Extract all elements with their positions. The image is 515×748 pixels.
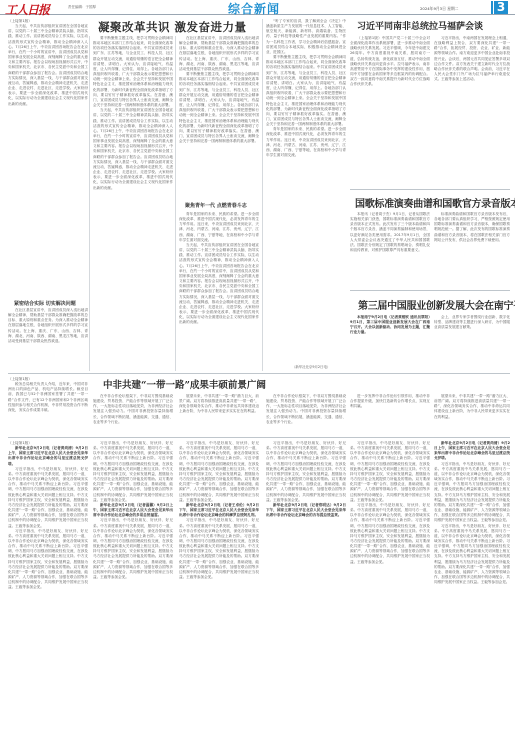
reform-body-2b: 当天起，中共宣传部组织宣讲团在全国各地宣讲，以党的二十届三中全会精神武装头脑、指… [93,108,173,191]
xi-intro-body-3: 青年是国家的未来、民族的希望。进一步全面深化改革、推进中国式现代化，必须发挥青年… [266,127,346,158]
headline-national-anthem: 国歌标准演奏曲谱和国歌官方录音版本发布 [355,195,515,210]
xi-intro-body: “听了专家的宣讲，我了解到全会《决定》中涵盖新质生产力发展的一代信息技术、人工智… [266,19,346,55]
china-africa-body-2: 在中非合作论坛框架下，中非双方围绕基础设施建设、贸易投资、产能合作等领域开展了广… [93,394,173,425]
anthem-column-1: 本报讯（记者周子杰）9月1日，记者从国歌法实施相关部门获悉，国歌标准演奏曲谱和国… [350,212,430,286]
section-title: 综合新闻 [228,0,280,17]
headline-reform: 凝聚改革共识 激发奋进力量 [98,19,247,35]
news-credit: （新华社北京9月2日电） [292,364,330,369]
reform-body-3c: 当天起，中共宣传部组织宣讲团在全国各地宣讲，以党的二十届三中全会精神武装头脑、指… [179,243,259,326]
reform-body-3-extra: 要不断聚焦主题主线，把学习贯彻全会精神同推动本地区本部门工作结合起来，同全面深化… [179,72,259,144]
dateline-3: 新华社北京9月2日电（记者王卓伦）9月2日下午，国家主席习近平在北京人民大会堂会… [179,503,259,518]
reform-column-2: 要不断聚焦主题主线，把学习贯彻全会精神同推动本地区本部门工作结合起来，同全面深化… [93,36,173,371]
reform-column-3b: 青年是国家的未来、民族的希望。进一步全面深化改革、推进中国式现代化，必须发挥青年… [179,212,259,372]
xi-body-1: （上接第1版）中国共产党二十届三中全会对全面深化改革作出系统部署，进一步推动中南… [350,36,430,88]
dateline-4: 新华社北京9月2日电（记者郑明达）9月2日下午，国家主席习近平在北京人民大会堂会… [266,503,346,518]
anthem-body-2: 标准演奏曲谱和国歌官方录音版本发布后，各地各部门要认真组织学习，严格按照规定使用… [434,212,510,243]
meetings-column-5: 习近平指出，中马是好朋友、好伙伴、好兄弟。中方高度重视中马关系发展，愿同马方一道… [350,441,430,741]
reform-body-1b: 在社区基层宣讲中，宣讲团成员深入浅出地讲解全会精神，帮助基层干部群众准确把握改革… [8,308,88,344]
headline-fashion-conference: 第三届中国服业创新发展大会在南宁召开 [358,297,515,312]
reform-body-3: 在社区基层宣讲中，宣讲团成员深入浅出地讲解全会精神，帮助基层干部群众准确把握改革… [179,36,259,72]
meetings-column-1: （上接第1版） 新华社北京9月2日电（记者黄尚清）9月2日上午，国家主席习近平在… [8,441,88,741]
editor-credit: 责任编辑：于国厚 [68,5,96,10]
china-africa-body-6: 展望未来，中非共建“一带一路”潜力巨大、前景广阔。双方将持续推进高质量共建“一带… [434,394,510,420]
meetings-body-6b: 习近平指出，中马是好朋友、好伙伴、好兄弟。中方高度重视中马关系发展，愿同马方一道… [434,524,510,586]
section-rule [8,373,510,374]
china-africa-body-4: 在中非合作论坛框架下，中非双方围绕基础设施建设、贸易投资、产能合作等领域开展了广… [266,394,346,425]
fashion-body-1: 本报南宁9月2日电（记者黄榕钦 通讯员覃阳）9月1日，第三届中国服业创新发展大会… [350,315,430,336]
subhead-youth: 聚焦青年一代 点燃青春斗志 [185,202,247,209]
china-africa-column-1: （上接第1版） 税务总局相关负责人介绍，近年来，中国对非洲出口的绿色产品、机电产… [8,377,88,429]
meetings-body-3: 习近平指出，中马是好朋友、好伙伴、好兄弟。中方高度重视中马关系发展，愿同马方一道… [179,441,259,503]
meetings-body-5: 习近平指出，中马是好朋友、好伙伴、好兄弟。中方高度重视中马关系发展，愿同马方一道… [350,441,430,503]
dateline-1: 新华社北京9月2日电（记者黄尚清）9月2日上午，国家主席习近平在北京人民大会堂会… [8,446,88,467]
masthead: 工人日报 责任编辑：于国厚 综合新闻 2024年9月3日 星期二 3 [0,0,515,15]
issue-date: 2024年9月3日 星期二 [420,6,458,12]
reform-body-2: 要不断聚焦主题主线，把学习贯彻全会精神同推动本地区本部门工作结合起来，同全面深化… [93,36,173,108]
subhead-practice: 紧密结合实际 切实解决问题 [14,300,76,307]
meetings-column-4: 习近平指出，中马是好朋友、好伙伴、好兄弟。中方高度重视中马关系发展，愿同马方一道… [266,441,346,741]
anthem-body-1: 本报讯（记者周子杰）9月1日，记者从国歌法实施相关部门获悉，国歌标准演奏曲谱和国… [350,212,430,253]
xi-intro-column: “听了专家的宣讲，我了解到全会《决定》中涵盖新质生产力发展的一代信息技术、人工智… [266,19,346,371]
fashion-body-2: 会上，业界专家学者围绕行业创新、数字化转型、品牌建设等主题进行深入研讨，为中国服… [434,315,510,330]
meetings-body-3b: 习近平指出，中马是好朋友、好伙伴、好兄弟。中方高度重视中马关系发展，愿同马方一道… [179,518,259,580]
meetings-column-6: 新华社北京9月2日电（记者黄尚清）9月2日上午，国家主席习近平在北京人民大会堂会… [434,441,510,741]
xi-intro-body-2: 要不断聚焦主题主线，把学习贯彻全会精神同推动本地区本部门工作结合起来，同全面深化… [266,55,346,127]
page-number-badge: 3 [494,1,508,14]
headline-china-africa-belt-road: 中非共建“一带一路”成果丰硕前景广阔 [103,377,266,391]
reform-body-1: 当天起，中共宣传部组织宣讲团在全国各地宣讲，以党的二十届三中全会精神武装头脑、指… [8,24,88,107]
meetings-column-3: 习近平指出，中马是好朋友、好伙伴、好兄弟。中方高度重视中马关系发展，愿同马方一道… [179,441,259,741]
reform-column-1b: 在社区基层宣讲中，宣讲团成员深入浅出地讲解全会精神，帮助基层干部群众准确把握改革… [8,308,88,370]
china-africa-column-3: 展望未来，中非共建“一带一路”潜力巨大、前景广阔。双方将持续推进高质量共建“一带… [179,394,259,430]
dateline-5: 新华社北京9月2日电（记者黄尚清）9月2日上午，国家主席习近平在北京人民大会堂会… [434,441,510,462]
meetings-body-1: 习近平指出，中马是好朋友、好伙伴、好兄弟。中方高度重视中马关系发展，愿同马方一道… [8,467,88,529]
meetings-body-2: 习近平指出，中马是好朋友、好伙伴、好兄弟。中方高度重视中马关系发展，愿同马方一道… [93,441,173,503]
headline-xi-ramaphosa: 习近平同南非总统拉马福萨会谈 [357,19,483,32]
meetings-body-5b: 习近平指出，中马是好朋友、好伙伴、好兄弟。中方高度重视中马关系发展，愿同马方一道… [350,503,430,565]
section-rule [8,437,510,438]
meetings-body-6: 习近平指出，中马是好朋友、好伙伴、好兄弟。中方高度重视中马关系发展，愿同马方一道… [434,462,510,524]
column-divider [175,36,176,371]
fashion-column-2: 会上，业界专家学者围绕行业创新、数字化转型、品牌建设等主题进行深入研讨，为中国服… [434,315,510,371]
china-africa-body-3: 展望未来，中非共建“一带一路”潜力巨大、前景广阔。双方将持续推进高质量共建“一带… [179,394,259,415]
column-divider [89,36,90,371]
reform-column-3: 在社区基层宣讲中，宣讲团成员深入浅出地讲解全会精神，帮助基层干部群众准确把握改革… [179,36,259,191]
xi-column-2: 习近平指出，中南两国在发展理念上相通，在战略利益上契合，双方要深化共建“一带一路… [434,36,510,186]
xi-column-1: （上接第1版）中国共产党二十届三中全会对全面深化改革作出系统部署，进一步推动中南… [350,36,430,186]
dateline-2: 新华社北京9月2日电（记者温馨）9月2日上午，国家主席习近平在北京人民大会堂会见… [93,503,173,518]
meetings-body-2b: 习近平指出，中马是好朋友、好伙伴、好兄弟。中方高度重视中马关系发展，愿同马方一道… [93,518,173,580]
china-africa-body-1: 税务总局相关负责人介绍，近年来，中国对非洲出口的绿色产品、机电产品持续增长。截至… [8,382,88,413]
xi-body-2: 习近平指出，中南两国在发展理念上相通，在战略利益上契合，双方要深化共建“一带一路… [434,36,510,82]
china-africa-body-5: 进一步发挥中非合作论坛引领作用，推动中非合作提质升级，加快打造新的合作增长点，实… [350,394,430,409]
fashion-column-1: 本报南宁9月2日电（记者黄榕钦 通讯员覃阳）9月1日，第三届中国服业创新发展大会… [350,315,430,371]
reform-body-3b: 青年是国家的未来、民族的希望。进一步全面深化改革、推进中国式现代化，必须发挥青年… [179,212,259,243]
anthem-column-2: 标准演奏曲谱和国歌官方录音版本发布后，各地各部门要认真组织学习，严格按照规定使用… [434,212,510,286]
reform-subhead-wrap [8,276,88,289]
meetings-body-4: 习近平指出，中马是好朋友、好伙伴、好兄弟。中方高度重视中马关系发展，愿同马方一道… [266,441,346,503]
meetings-body-1b: 习近平指出，中马是好朋友、好伙伴、好兄弟。中方高度重视中马关系发展，愿同马方一道… [8,529,88,591]
newspaper-logo: 工人日报 [5,1,49,18]
column-divider [262,19,263,371]
china-africa-column-2: 在中非合作论坛框架下，中非双方围绕基础设施建设、贸易投资、产能合作等领域开展了广… [93,394,173,430]
china-africa-column-6: 展望未来，中非共建“一带一路”潜力巨大、前景广阔。双方将持续推进高质量共建“一带… [434,394,510,430]
meetings-column-2: 习近平指出，中马是好朋友、好伙伴、好兄弟。中方高度重视中马关系发展，愿同马方一道… [93,441,173,741]
section-rule [350,290,510,291]
section-rule [350,189,510,190]
china-africa-column-4: 在中非合作论坛框架下，中非双方围绕基础设施建设、贸易投资、产能合作等领域开展了广… [266,394,346,430]
china-africa-column-5: 进一步发挥中非合作论坛引领作用，推动中非合作提质升级，加快打造新的合作增长点，实… [350,394,430,430]
